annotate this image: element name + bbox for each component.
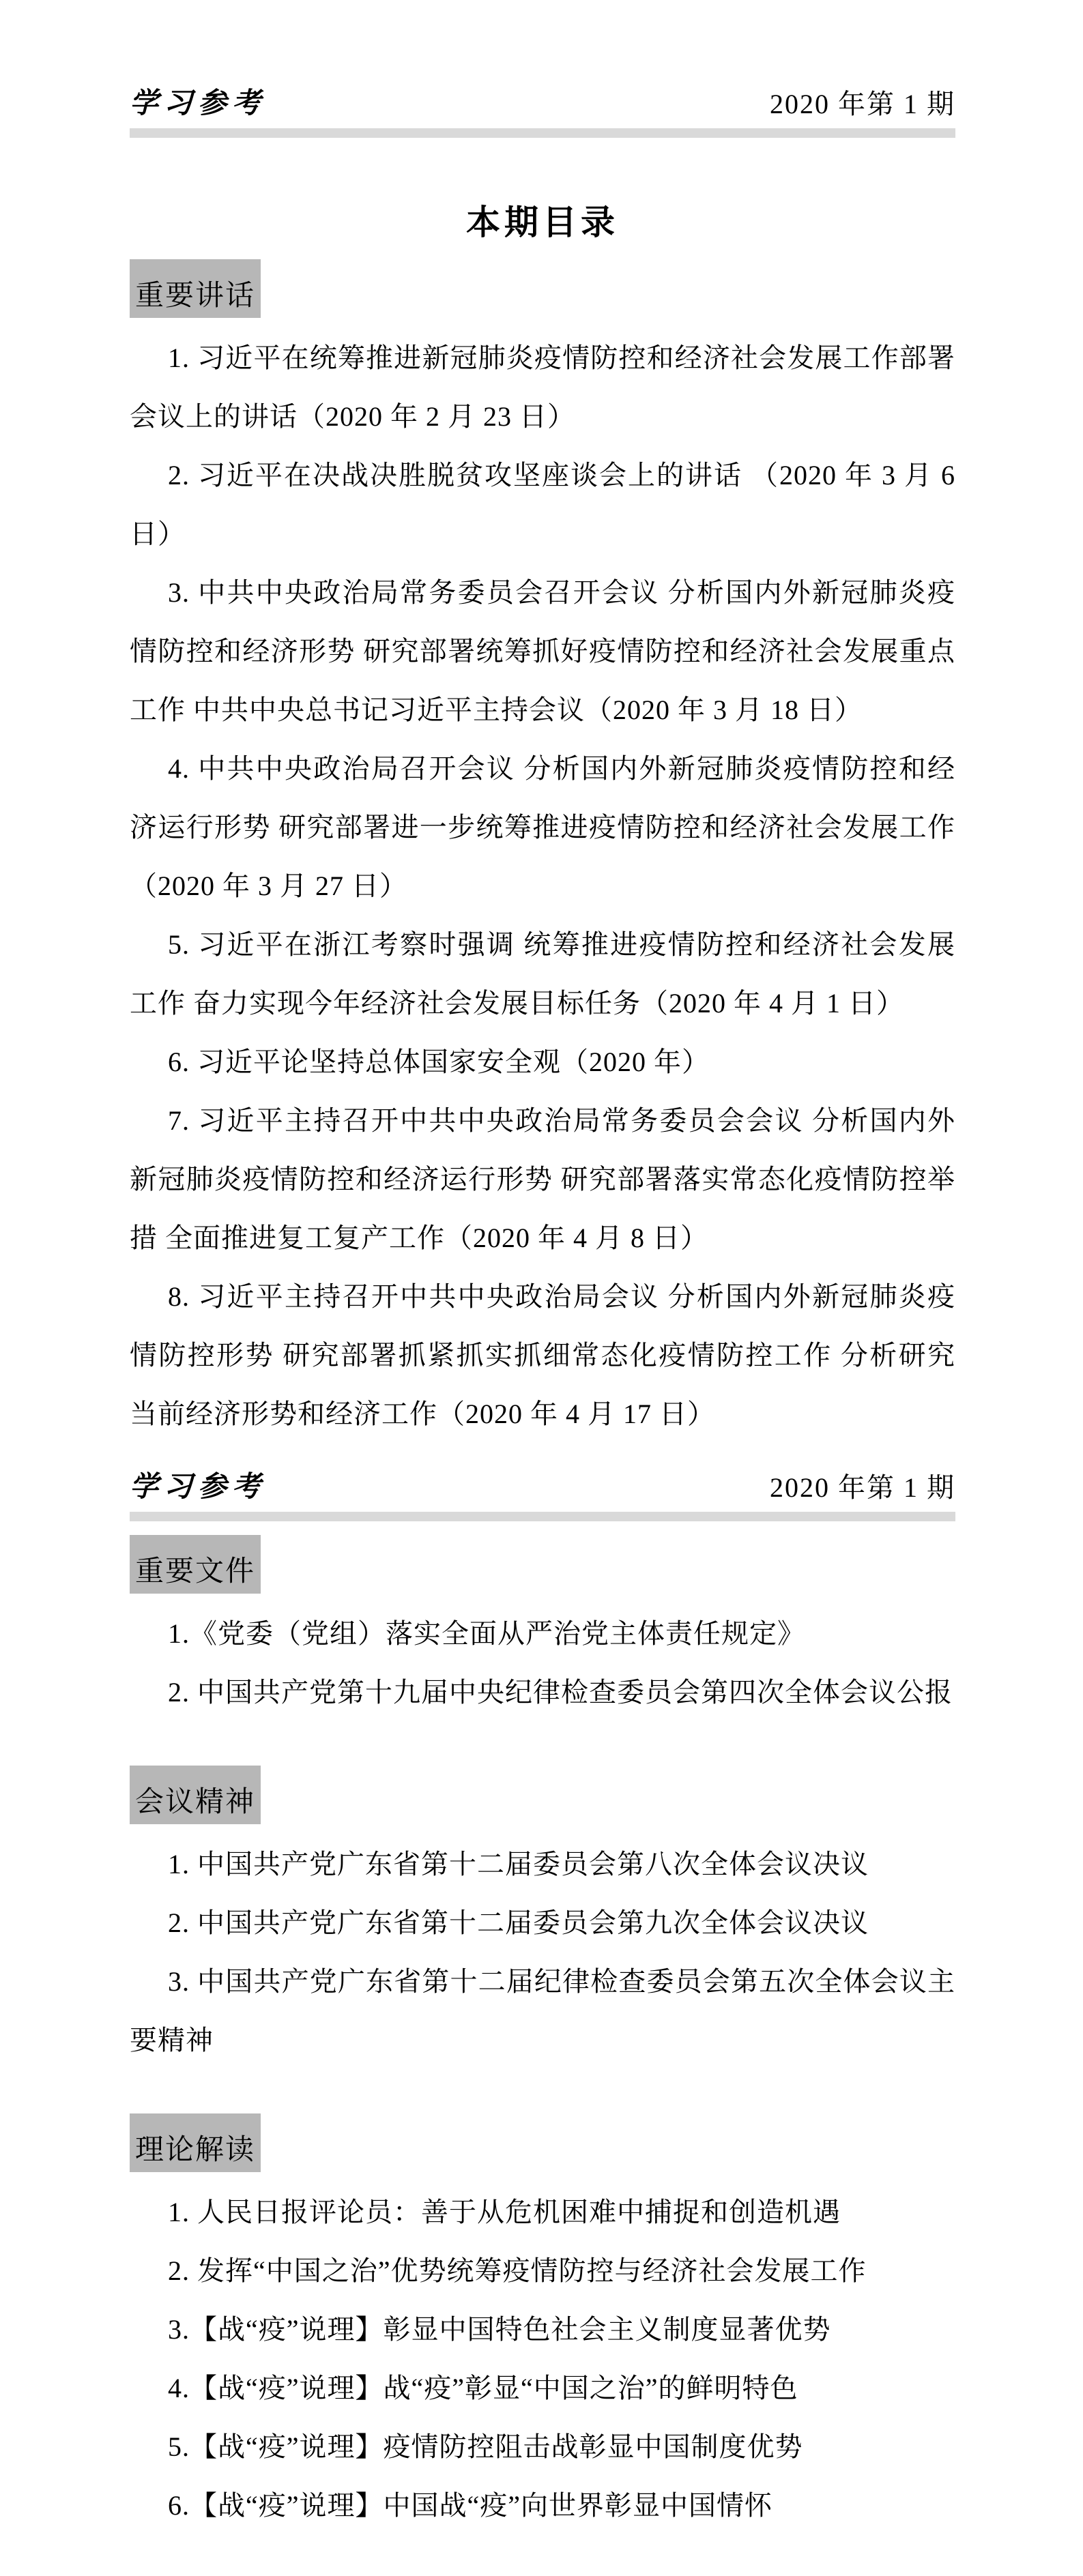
toc-item: 2. 习近平在决战决胜脱贫攻坚座谈会上的讲话 （2020 年 3 月 6 日） [130, 446, 955, 563]
toc-list-meeting-spirit: 1. 中国共产党广东省第十二届委员会第八次全体会议决议 2. 中国共产党广东省第… [130, 1835, 955, 2070]
toc-item: 2. 发挥“中国之治”优势统筹疫情防控与经济社会发展工作 [130, 2242, 955, 2300]
header-rule [130, 128, 955, 138]
section-important-documents: 重要文件 1.《党委（党组）落实全面从严治党主体责任规定》 2. 中国共产党第十… [130, 1521, 955, 1722]
issue-label: 2020 年第 1 期 [770, 1466, 955, 1505]
toc-item: 1. 人民日报评论员：善于从危机困难中捕捉和创造机遇 [130, 2183, 955, 2242]
toc-item: 1.《党委（党组）落实全面从严治党主体责任规定》 [130, 1605, 955, 1663]
page-header-1: 学习参考 2020 年第 1 期 [130, 80, 955, 121]
toc-item: 5. 习近平在浙江考察时强调 统筹推进疫情防控和经济社会发展工作 奋力实现今年经… [130, 916, 955, 1033]
toc-list-important-documents: 1.《党委（党组）落实全面从严治党主体责任规定》 2. 中国共产党第十九届中央纪… [130, 1605, 955, 1722]
toc-item: 6.【战“疫”说理】中国战“疫”向世界彰显中国情怀 [130, 2476, 955, 2535]
toc-item: 3.【战“疫”说理】彰显中国特色社会主义制度显著优势 [130, 2300, 955, 2359]
toc-item: 2. 中国共产党第十九届中央纪律检查委员会第四次全体会议公报 [130, 1663, 955, 1722]
toc-item: 2. 中国共产党广东省第十二届委员会第九次全体会议决议 [130, 1894, 955, 1952]
issue-label: 2020 年第 1 期 [770, 83, 955, 121]
toc-item: 7. 习近平主持召开中共中央政治局常务委员会会议 分析国内外新冠肺炎疫情防控和经… [130, 1092, 955, 1268]
toc-item: 3. 中国共产党广东省第十二届纪律检查委员会第五次全体会议主要精神 [130, 1952, 955, 2070]
toc-item: 1. 习近平在统筹推进新冠肺炎疫情防控和经济社会发展工作部署会议上的讲话（202… [130, 329, 955, 446]
page-header-2: 学习参考 2020 年第 1 期 [130, 1464, 955, 1505]
header-rule [130, 1512, 955, 1521]
toc-item: 3. 中共中央政治局常务委员会召开会议 分析国内外新冠肺炎疫情防控和经济形势 研… [130, 563, 955, 740]
section-heading-important-documents: 重要文件 [130, 1535, 261, 1594]
section-meeting-spirit: 会议精神 1. 中国共产党广东省第十二届委员会第八次全体会议决议 2. 中国共产… [130, 1722, 955, 2070]
document-title: 本期目录 [130, 195, 955, 244]
document-page: 学习参考 2020 年第 1 期 本期目录 重要讲话 1. 习近平在统筹推进新冠… [0, 0, 1083, 2576]
toc-item: 4.【战“疫”说理】战“疫”彰显“中国之治”的鲜明特色 [130, 2359, 955, 2418]
toc-list-theory-interpretation: 1. 人民日报评论员：善于从危机困难中捕捉和创造机遇 2. 发挥“中国之治”优势… [130, 2183, 955, 2535]
section-important-speeches: 重要讲话 1. 习近平在统筹推进新冠肺炎疫情防控和经济社会发展工作部署会议上的讲… [130, 244, 955, 1444]
section-heading-theory-interpretation: 理论解读 [130, 2113, 261, 2172]
toc-item: 8. 习近平主持召开中共中央政治局会议 分析国内外新冠肺炎疫情防控形势 研究部署… [130, 1268, 955, 1444]
publication-name: 学习参考 [130, 80, 266, 121]
toc-item: 6. 习近平论坚持总体国家安全观（2020 年） [130, 1033, 955, 1092]
section-heading-important-speeches: 重要讲话 [130, 259, 261, 318]
toc-item: 4. 中共中央政治局召开会议 分析国内外新冠肺炎疫情防控和经济运行形势 研究部署… [130, 740, 955, 916]
section-heading-meeting-spirit: 会议精神 [130, 1766, 261, 1824]
publication-name: 学习参考 [130, 1464, 266, 1505]
toc-item: 5.【战“疫”说理】疫情防控阻击战彰显中国制度优势 [130, 2418, 955, 2476]
section-theory-interpretation: 理论解读 1. 人民日报评论员：善于从危机困难中捕捉和创造机遇 2. 发挥“中国… [130, 2070, 955, 2535]
toc-list-important-speeches: 1. 习近平在统筹推进新冠肺炎疫情防控和经济社会发展工作部署会议上的讲话（202… [130, 329, 955, 1444]
toc-item: 1. 中国共产党广东省第十二届委员会第八次全体会议决议 [130, 1835, 955, 1894]
